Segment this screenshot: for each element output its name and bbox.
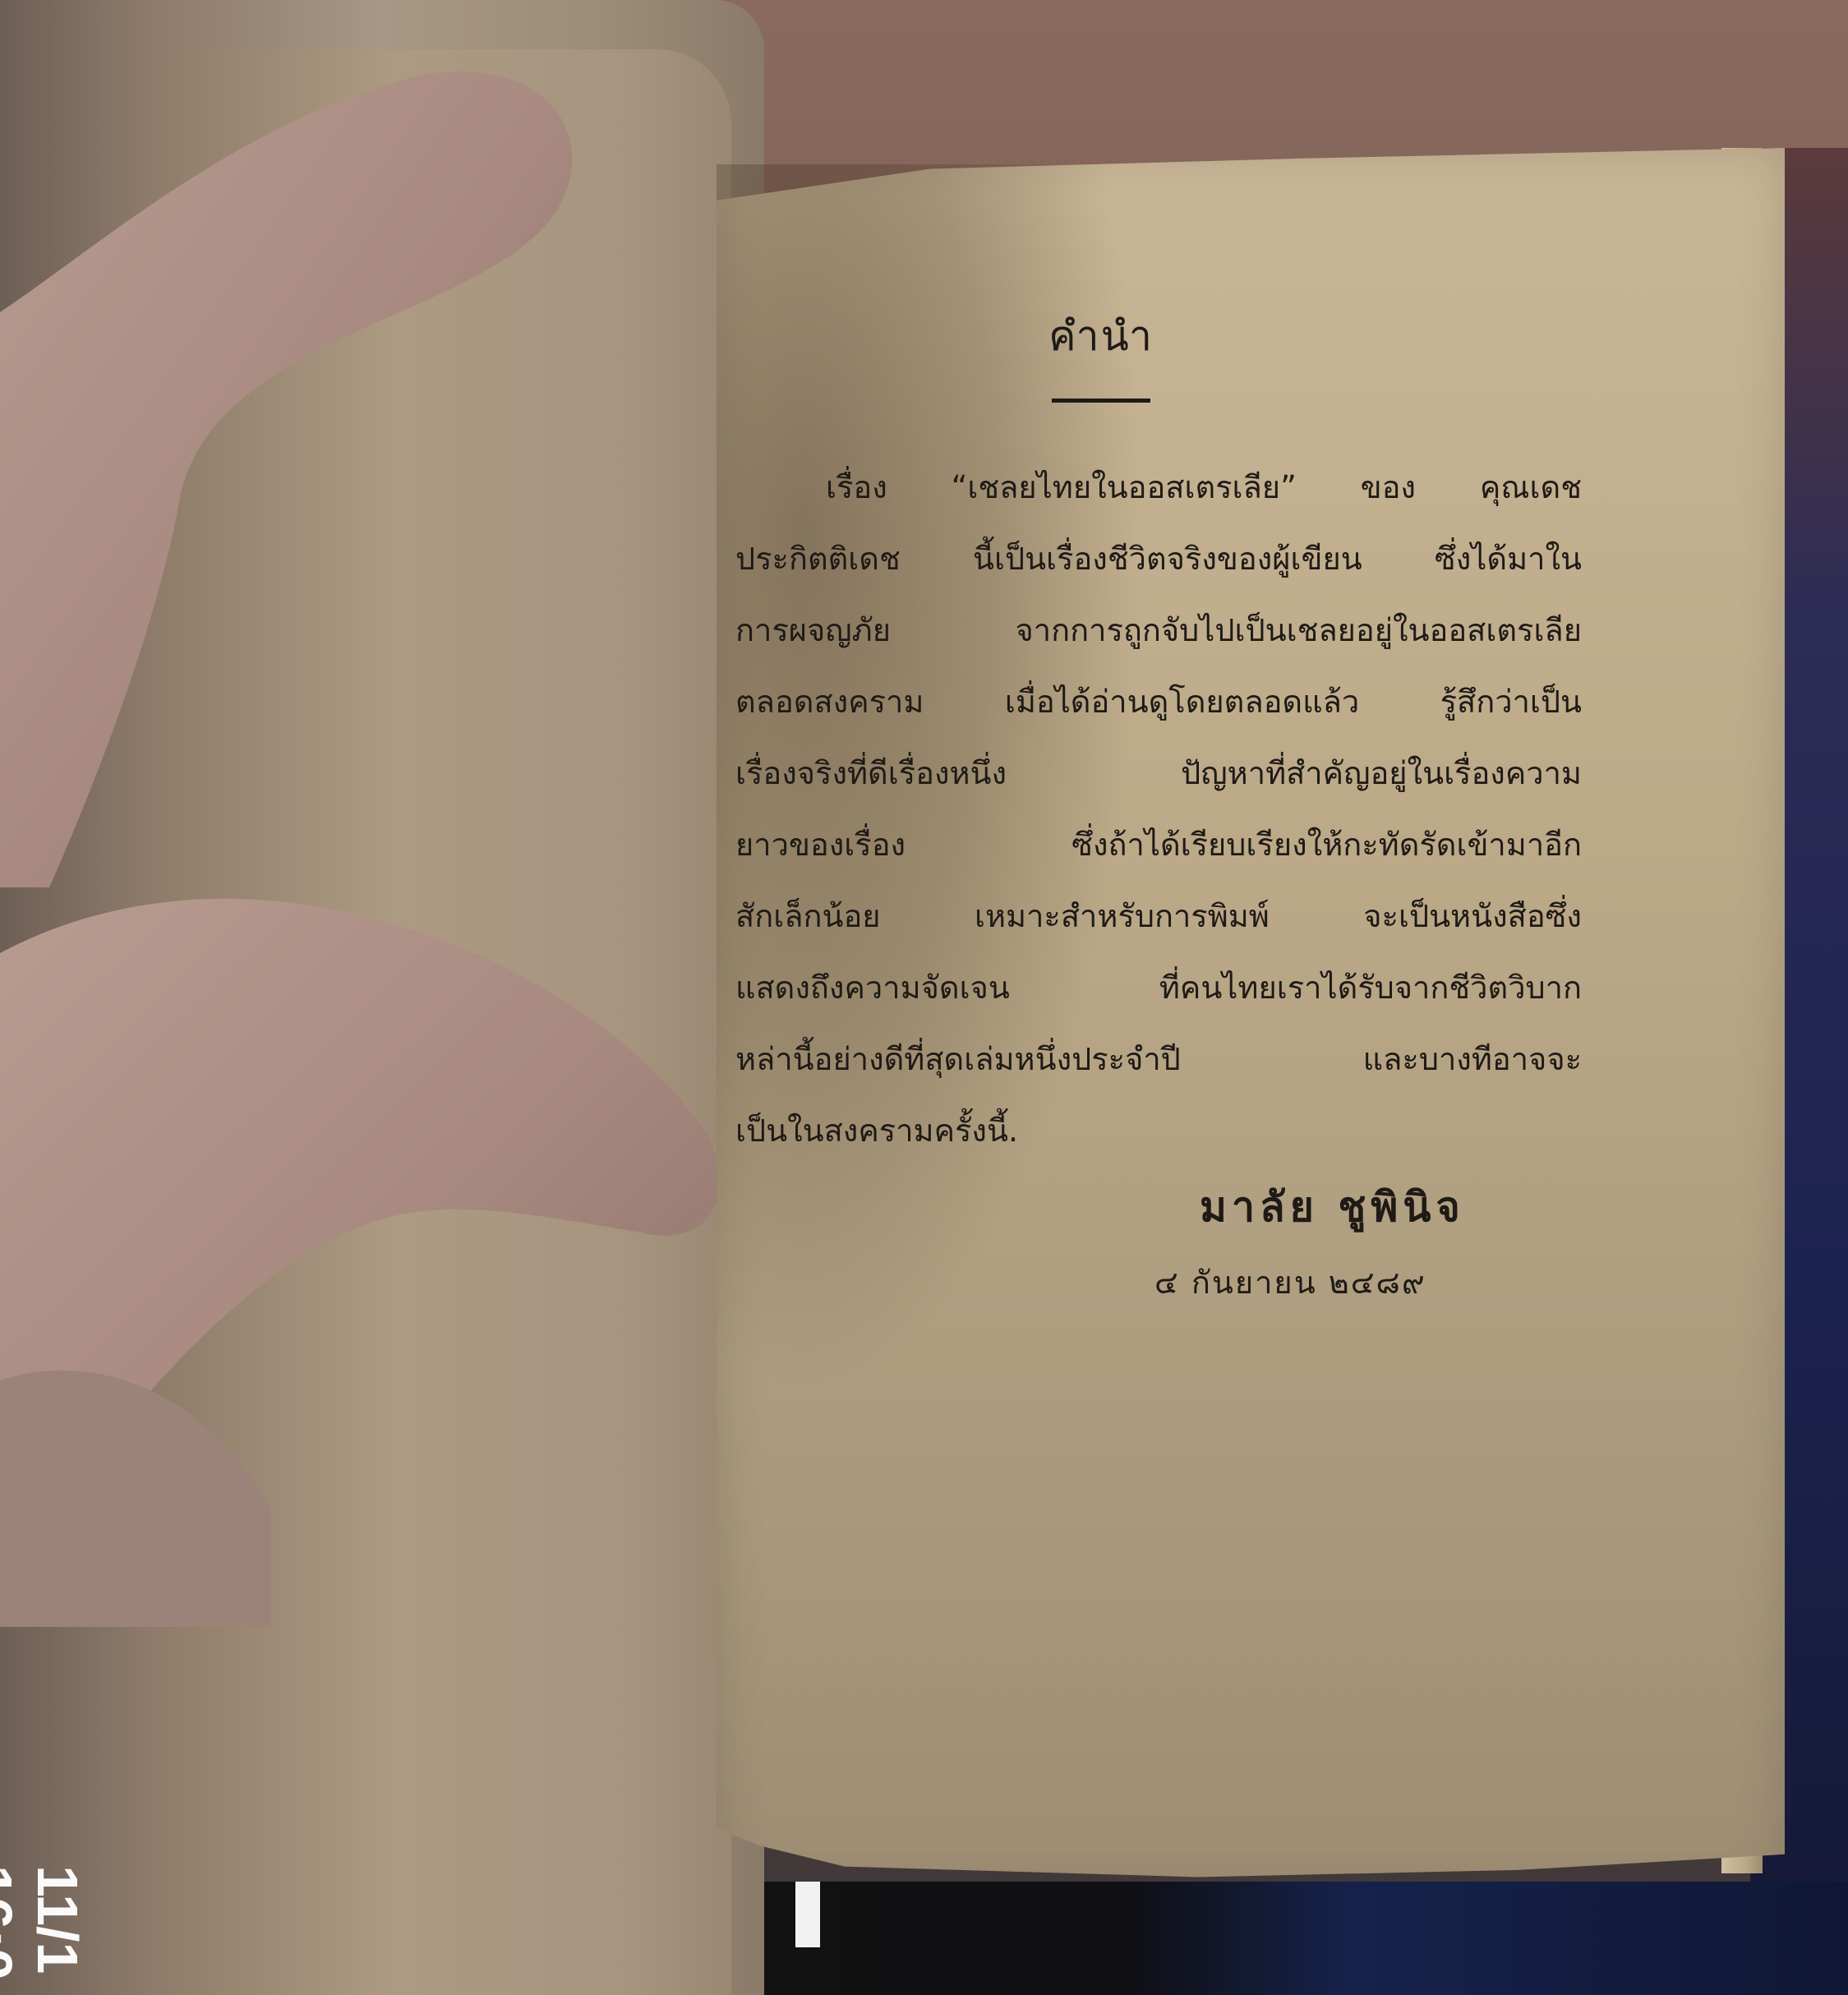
text-line: หล่านี้อย่างดีที่สุดเล่มหนึ่งประจำปี และ… xyxy=(735,1024,1582,1095)
author-signature: มาลัย ชูพินิจ xyxy=(1200,1175,1465,1240)
background-bottom xyxy=(740,1882,1848,1995)
left-page-surface xyxy=(164,49,731,1995)
text-line: เรื่องจริงที่ดีเรื่องหนึ่ง ปัญหาที่สำคัญ… xyxy=(735,738,1582,809)
photo-scene: คำนำ เรื่อง “เชลยไทยในออสเตรเลีย” ของ คุ… xyxy=(0,0,1848,1995)
preface-paragraph: เรื่อง “เชลยไทยในออสเตรเลีย” ของ คุณเดช … xyxy=(735,452,1582,1167)
preface-content: คำนำ เรื่อง “เชลยไทยในออสเตรเลีย” ของ คุ… xyxy=(735,304,1582,1167)
photo-timestamp: 11/1 16:0 xyxy=(0,1865,90,1980)
text-line: เรื่อง “เชลยไทยในออสเตรเลีย” ของ คุณเดช xyxy=(735,452,1582,523)
text-line: ยาวของเรื่อง ซึ่งถ้าได้เรียบเรียงให้กะทั… xyxy=(735,809,1582,881)
timestamp-date: 11/1 xyxy=(25,1865,90,1980)
text-line: การผจญภัย จากการถูกจับไปเป็นเชลยอยู่ในออ… xyxy=(735,595,1582,666)
text-line: ตลอดสงคราม เมื่อได้อ่านดูโดยตลอดแล้ว รู้… xyxy=(735,666,1582,738)
text-line: แสดงถึงความจัดเจน ที่คนไทยเราได้รับจากชี… xyxy=(735,952,1582,1024)
bookmark-tab xyxy=(795,1882,820,1947)
signature-date: ๔ กันยายน ๒๔๘๙ xyxy=(1154,1257,1426,1307)
title-underline xyxy=(1052,399,1150,403)
text-line: สักเล็กน้อย เหมาะสำหรับการพิมพ์ จะเป็นหน… xyxy=(735,881,1582,952)
text-line: เป็นในสงครามครั้งนี้. xyxy=(735,1095,1582,1167)
page-title: คำนำ xyxy=(678,304,1524,369)
timestamp-time: 16:0 xyxy=(0,1865,25,1980)
text-line: ประกิตติเดช นี้เป็นเรื่องชีวิตจริงของผู้… xyxy=(735,523,1582,595)
title-block: คำนำ xyxy=(678,304,1524,403)
